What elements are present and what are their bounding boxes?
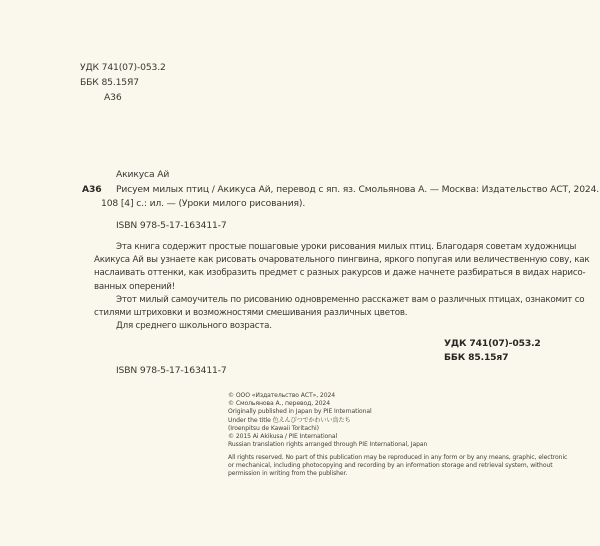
annotation-line: Этот милый самоучитель по рисованию одно… <box>94 294 589 307</box>
isbn-bottom: ISBN 978-5-17-163411-7 <box>116 365 227 376</box>
author-mark-top: А36 <box>104 92 122 103</box>
udk-code-top: УДК 741(07)-053.2 <box>80 62 166 73</box>
rights-line: All rights reserved. No part of this pub… <box>228 454 567 462</box>
catalog-author-mark: А36 <box>82 184 101 195</box>
bbk-code-top: ББК 85.15Я7 <box>80 77 139 88</box>
rights-line: or mechanical, including photocopying an… <box>228 462 567 470</box>
annotation-line: стилями штриховки и возможностями смешив… <box>94 307 589 320</box>
annotation-line: наслаивать оттенки, как изобразить предм… <box>94 267 589 280</box>
catalog-extent-line: 108 [4] с.: ил. — (Уроки милого рисовани… <box>101 198 305 209</box>
copyright-line: Originally published in Japan by PIE Int… <box>228 408 427 416</box>
annotation-line: Эта книга содержит простые пошаговые уро… <box>94 241 589 254</box>
copyright-line: © Смольянова А., перевод, 2024 <box>228 400 427 408</box>
annotation-line: Акикуса Ай вы узнаете как рисовать очаро… <box>94 254 589 267</box>
age-note: Для среднего школьного возраста. <box>94 320 589 333</box>
annotation: Эта книга содержит простые пошаговые уро… <box>94 241 589 333</box>
rights-line: permission in writing from the publisher… <box>228 470 567 478</box>
rights-block: All rights reserved. No part of this pub… <box>228 454 567 479</box>
copyright-line: © 2015 Ai Akikusa / PIE International <box>228 433 427 441</box>
copyright-line: © ООО «Издательство АСТ», 2024 <box>228 392 427 400</box>
catalog-title-line: Рисуем милых птиц / Акикуса Ай, перевод … <box>116 184 600 195</box>
bbk-code-bottom: ББК 85.15я7 <box>444 352 508 363</box>
copyright-block: © ООО «Издательство АСТ», 2024 © Смольян… <box>228 392 427 449</box>
catalog-author: Акикуса Ай <box>116 169 169 180</box>
catalog-isbn: ISBN 978-5-17-163411-7 <box>116 220 227 231</box>
copyright-line: Russian translation rights arranged thro… <box>228 441 427 449</box>
copyright-line: (Iroenpitsu de Kawaii Toritachi) <box>228 425 427 433</box>
udk-code-bottom: УДК 741(07)-053.2 <box>444 338 541 349</box>
annotation-line: ванных оперений! <box>94 281 589 294</box>
copyright-line: Under the title 色えんぴつでかわいい鳥たち <box>228 417 427 425</box>
